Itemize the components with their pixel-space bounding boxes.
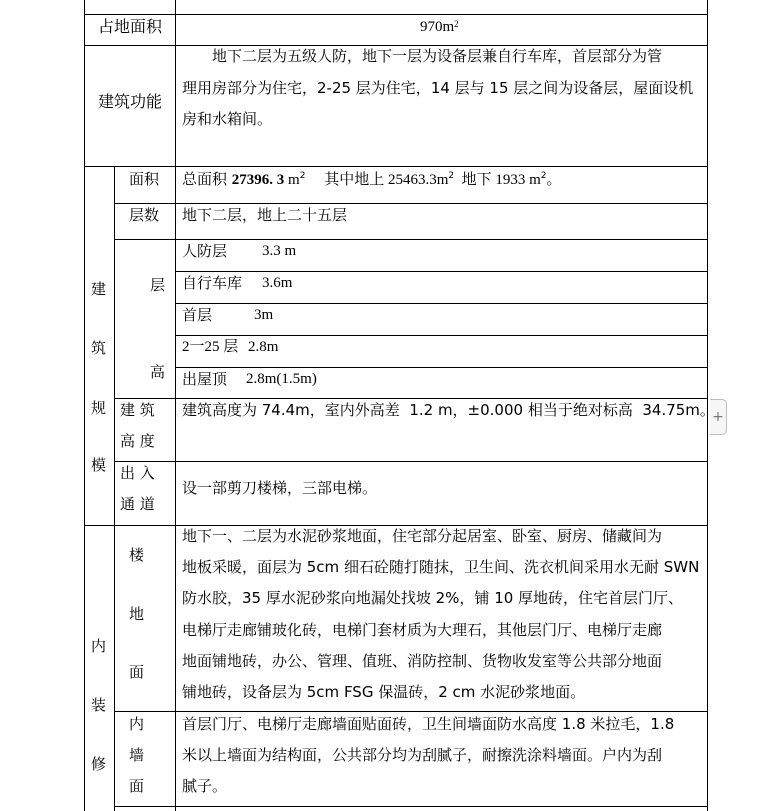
scale-group-char: 模 bbox=[91, 455, 106, 475]
building-height-value: 建筑高度为 74.4m，室内外高差 1.2 m，±0.000 相当于绝对标高 3… bbox=[182, 400, 715, 420]
area-label: 面积 bbox=[129, 169, 159, 189]
floor-finish-line: 铺地砖，设备层为 5cm FSG 保温砖，2 cm 水泥砂浆地面。 bbox=[182, 682, 585, 702]
row-line bbox=[84, 166, 708, 167]
row-line bbox=[114, 239, 708, 240]
interior-group-char: 内 bbox=[91, 636, 106, 656]
function-label: 建筑功能 bbox=[98, 92, 162, 112]
column-divider-main bbox=[175, 0, 176, 811]
function-line-2: 理用房部分为住宅，2-25 层为住宅，14 层与 15 层之间为设备层，屋面设机 bbox=[182, 78, 693, 98]
floor-height-row-name: 2一25 层 bbox=[182, 337, 238, 357]
wall-finish-line: 腻子。 bbox=[182, 776, 227, 796]
expand-table-button[interactable]: + bbox=[710, 399, 727, 435]
floor-finish-line: 地下一、二层为水泥砂浆地面，住宅部分起居室、卧室、厨房、储藏间为 bbox=[182, 526, 662, 546]
floor-height-row-name: 人防层 bbox=[182, 241, 227, 261]
floor-height-row-value: 2.8m(1.5m) bbox=[246, 369, 317, 389]
land-area-value: 970m2 bbox=[420, 17, 459, 37]
floor-height-row-value: 3m bbox=[254, 305, 273, 325]
access-label: 通 道 bbox=[120, 494, 155, 514]
wall-finish-line: 米以上墙面为结构面，公共部分均为刮腻子，耐擦洗涂料墙面。户内为刮 bbox=[182, 745, 662, 765]
interior-group-char: 装 bbox=[91, 695, 106, 715]
floor-finish-label-char: 楼 bbox=[129, 545, 144, 565]
row-line bbox=[114, 806, 708, 807]
access-label: 出 入 bbox=[120, 463, 155, 483]
floor-height-row-name: 首层 bbox=[182, 305, 212, 325]
floor-finish-label-char: 面 bbox=[129, 662, 144, 682]
floors-value: 地下二层，地上二十五层 bbox=[182, 205, 347, 225]
scale-group-char: 筑 bbox=[91, 338, 106, 358]
row-line bbox=[114, 398, 708, 399]
floor-finish-line: 地面铺地砖，办公、管理、值班、消防控制、货物收发室等公共部分地面 bbox=[182, 651, 662, 671]
building-height-label: 高 度 bbox=[120, 431, 155, 451]
row-line bbox=[114, 711, 708, 712]
document-page: 占地面积 970m2 建筑功能 地下二层为五级人防，地下一层为设备层兼自行车库，… bbox=[0, 0, 780, 811]
function-line-3: 房和水箱间。 bbox=[182, 109, 272, 129]
row-line bbox=[175, 335, 708, 336]
floor-finish-line: 防水胶，35 厚水泥砂浆向地漏处找坡 2%，铺 10 厚地砖，住宅首层门厅、 bbox=[182, 588, 683, 608]
access-value: 设一部剪刀楼梯，三部电梯。 bbox=[182, 478, 377, 498]
floors-label: 层数 bbox=[129, 205, 159, 225]
floor-height-row-value: 3.6m bbox=[262, 273, 292, 293]
floor-height-row-name: 自行车库 bbox=[182, 273, 242, 293]
floor-finish-line: 电梯厅走廊铺玻化砖，电梯门套材质为大理石，其他层门厅、电梯厅走廊 bbox=[182, 620, 662, 640]
row-line bbox=[175, 271, 708, 272]
floor-height-row-value: 2.8m bbox=[248, 337, 278, 357]
table-border-left bbox=[84, 0, 85, 811]
function-line-1: 地下二层为五级人防，地下一层为设备层兼自行车库，首层部分为管 bbox=[212, 46, 662, 66]
land-area-label: 占地面积 bbox=[98, 17, 162, 37]
scale-group-char: 规 bbox=[91, 398, 106, 418]
interior-group-char: 修 bbox=[91, 754, 106, 774]
wall-finish-label-char: 内 bbox=[129, 714, 144, 734]
scale-group-char: 建 bbox=[91, 279, 106, 299]
floor-height-label-top: 层 bbox=[150, 275, 165, 295]
column-divider-sub bbox=[114, 166, 115, 811]
wall-finish-label-char: 墙 bbox=[129, 745, 144, 765]
floor-finish-label-char: 地 bbox=[129, 604, 144, 624]
floor-height-row-value: 3.3 m bbox=[262, 241, 296, 261]
row-line bbox=[175, 303, 708, 304]
floor-height-label-bottom: 高 bbox=[150, 362, 165, 382]
floor-finish-line: 地板采暖，面层为 5cm 细石砼随打随抹，卫生间、洗衣机间采用水无耐 SWN bbox=[182, 557, 699, 577]
building-height-label: 建 筑 bbox=[120, 400, 155, 420]
floor-height-row-name: 出屋顶 bbox=[182, 369, 227, 389]
wall-finish-label-char: 面 bbox=[129, 776, 144, 796]
row-line bbox=[114, 203, 708, 204]
wall-finish-line: 首层门厅、电梯厅走廊墙面贴面砖，卫生间墙面防水高度 1.8 米拉毛，1.8 bbox=[182, 714, 674, 734]
row-line bbox=[84, 14, 708, 15]
area-value: 总面积 27396. 3 m2 其中地上 25463.3m2 地下 1933 m… bbox=[182, 169, 562, 190]
row-line bbox=[175, 367, 708, 368]
row-line bbox=[114, 461, 708, 462]
